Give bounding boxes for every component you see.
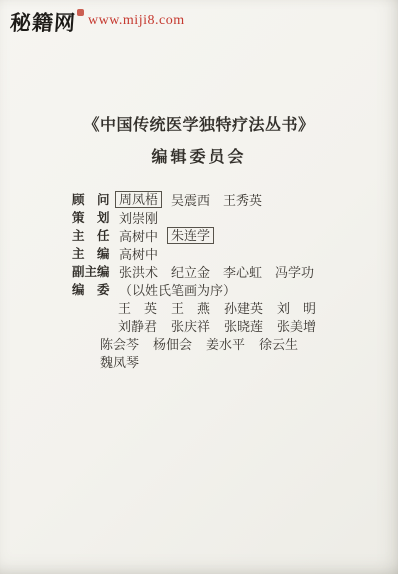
watermark-url: www.miji8.com — [88, 13, 185, 29]
committee-row-planner: 策 划 刘崇刚 — [72, 208, 317, 226]
member-name: 刘崇刚 — [119, 208, 158, 227]
member-name: 王 英 — [118, 298, 158, 317]
name-group: 张洪术 纪立金 李心虹 冯学功 — [119, 262, 314, 281]
sorting-note: （以姓氏笔画为序） — [119, 280, 236, 299]
name-group: 周凤梧 吴震西 王秀英 — [119, 190, 262, 209]
member-name: 李心虹 — [223, 262, 262, 281]
member-name: 纪立金 — [171, 262, 210, 281]
title-block: 《中国传统医学独特疗法丛书》 编辑委员会 — [0, 112, 398, 167]
role-label: 编 委 — [72, 280, 113, 298]
watermark-logo: 秘籍网 — [9, 7, 77, 37]
scanned-book-page: 秘籍网 www.miji8.com 《中国传统医学独特疗法丛书》 编辑委员会 顾… — [0, 0, 398, 574]
member-name: 刘 明 — [277, 298, 317, 317]
member-name: 徐云生 — [259, 334, 299, 353]
member-name: 冯学功 — [275, 262, 314, 281]
series-title: 《中国传统医学独特疗法丛书》 — [0, 112, 398, 135]
member-name-boxed: 周凤梧 — [115, 191, 162, 208]
member-name: 杨佃会 — [153, 334, 193, 353]
seal-icon — [77, 9, 84, 16]
member-name: 张晓莲 — [224, 316, 264, 335]
members-row: 陈会芩 杨佃会 姜水平 徐云生 — [100, 334, 317, 352]
name-group: （以姓氏笔画为序） — [119, 280, 236, 299]
committee-row-advisors: 顾 问 周凤梧 吴震西 王秀英 — [72, 190, 317, 208]
committee-list: 顾 问 周凤梧 吴震西 王秀英 策 划 刘崇刚 主 任 高树中 朱连学 主 编 … — [72, 190, 317, 370]
members-row: 王 英 王 燕 孙建英 刘 明 — [118, 298, 317, 316]
role-label: 策 划 — [72, 208, 113, 226]
watermark: 秘籍网 www.miji8.com — [10, 7, 185, 37]
name-group: 高树中 — [119, 244, 158, 263]
member-name-boxed: 朱连学 — [167, 227, 214, 244]
member-name: 魏凤琴 — [100, 352, 140, 371]
member-name: 高树中 — [119, 226, 158, 245]
member-name: 高树中 — [119, 244, 158, 263]
role-label: 主 编 — [72, 244, 113, 262]
members-row: 刘静君 张庆祥 张晓莲 张美增 — [118, 316, 317, 334]
role-label: 主 任 — [72, 226, 113, 244]
committee-row-directors: 主 任 高树中 朱连学 — [72, 226, 317, 244]
member-name: 孙建英 — [224, 298, 264, 317]
member-name: 刘静君 — [118, 316, 158, 335]
member-name: 陈会芩 — [100, 334, 140, 353]
member-name: 王 燕 — [171, 298, 211, 317]
role-label: 副主编 — [72, 262, 113, 280]
member-name: 吴震西 — [171, 190, 210, 209]
committee-row-members-header: 编 委 （以姓氏笔画为序） — [72, 280, 317, 298]
member-name: 张庆祥 — [171, 316, 211, 335]
role-label: 顾 问 — [72, 190, 113, 208]
member-name: 张洪术 — [119, 262, 158, 281]
name-group: 刘崇刚 — [119, 208, 158, 227]
committee-row-deputy-editors: 副主编 张洪术 纪立金 李心虹 冯学功 — [72, 262, 317, 280]
member-name: 姜水平 — [206, 334, 246, 353]
committee-title: 编辑委员会 — [0, 144, 398, 167]
members-row: 魏凤琴 — [100, 352, 317, 370]
member-name: 王秀英 — [223, 190, 262, 209]
name-group: 高树中 朱连学 — [119, 226, 210, 245]
member-name: 张美增 — [277, 316, 317, 335]
committee-row-chief-editor: 主 编 高树中 — [72, 244, 317, 262]
